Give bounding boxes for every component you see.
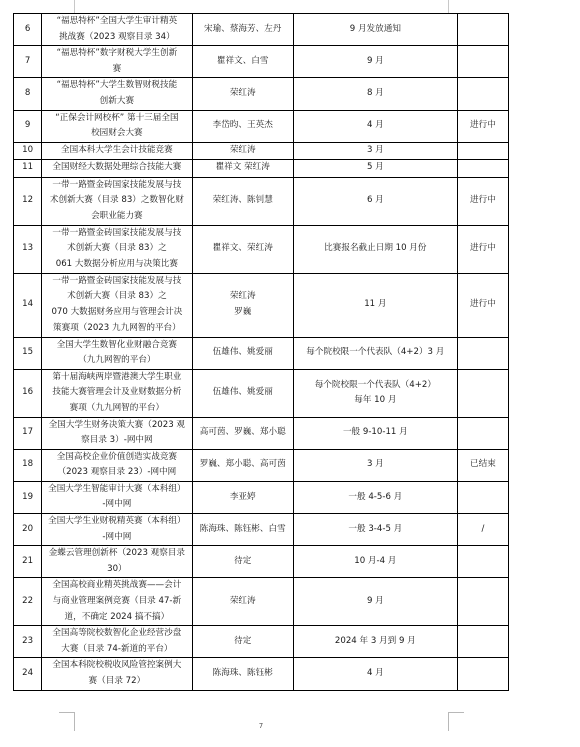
- status-cell: [457, 417, 508, 449]
- schedule-cell: 每个院校限一个代表队（4+2）每年 10 月: [293, 369, 457, 417]
- row-number-cell: 12: [14, 177, 42, 225]
- competition-name-cell-line: 全国本科院校税收风险管控案例大: [44, 658, 189, 674]
- table-row: 17全国大学生财务决策大赛（2023 观察目录 3）-网中网高可茵、罗巍、郑小聪…: [14, 417, 509, 449]
- table-row: 24全国本科院校税收风险管控案例大赛（目录 72）陈海珠、陈钰彬4 月: [14, 658, 509, 690]
- table-row: 10全国本科大学生会计技能竞赛荣红涛3 月: [14, 142, 509, 159]
- competition-name-cell: 全国大学生智能审计大赛（本科组）-网中网: [42, 481, 192, 513]
- responsible-people-cell-line: 待定: [195, 554, 291, 570]
- table-row: 21金蝶云管理创新杯（2023 观察目录30）待定10 月-4 月: [14, 546, 509, 578]
- responsible-people-cell-line: 待定: [195, 634, 291, 650]
- competition-name-cell-line: -网中网: [44, 497, 189, 513]
- competition-name-cell-line: 全国大学生智能审计大赛（本科组）: [44, 482, 189, 498]
- row-number-cell: 15: [14, 337, 42, 369]
- status-cell: [457, 14, 508, 46]
- competition-name-cell-line: 全国大学生业财税精英赛（本科组）: [44, 514, 189, 530]
- table-row: 12一带一路暨金砖国家技能发展与技术创新大赛（目录 83）之数智化财会职业能力赛…: [14, 177, 509, 225]
- status-cell: [457, 159, 508, 177]
- competition-name-cell-line: -网中网: [44, 530, 189, 546]
- responsible-people-cell: 陈海珠、陈钰彬、白雪: [192, 514, 293, 546]
- status-cell: [457, 78, 508, 110]
- responsible-people-cell: 李亚婷: [192, 481, 293, 513]
- schedule-cell-line: 每个院校限一个代表队（4+2）3 月: [296, 345, 455, 361]
- competition-name-cell-line: 一带一路暨金砖国家技能发展与技: [44, 226, 189, 242]
- schedule-cell-line: 每年 10 月: [296, 393, 455, 409]
- schedule-cell: 10 月-4 月: [293, 546, 457, 578]
- competition-name-cell-line: 赛: [44, 62, 189, 78]
- status-cell: [457, 46, 508, 78]
- competition-name-cell-line: 道，不确定 2024 搞不搞）: [44, 610, 189, 626]
- competition-name-cell: 一带一路暨金砖国家技能发展与技术创新大赛（目录 83）之数智化财会职业能力赛: [42, 177, 192, 225]
- schedule-cell-line: 9 月: [296, 594, 455, 610]
- row-number-cell: 11: [14, 159, 42, 177]
- competition-name-cell-line: 第十届海峡两岸暨港澳大学生职业: [44, 370, 189, 386]
- status-cell: [457, 481, 508, 513]
- responsible-people-cell-line: 伍雄伟、姚爱丽: [195, 345, 291, 361]
- responsible-people-cell-line: 陈海珠、陈钰彬: [195, 666, 291, 682]
- competition-name-cell-line: 赛项（九九网智的平台）: [44, 401, 189, 417]
- competition-name-cell: 第十届海峡两岸暨港澳大学生职业技能大赛管理会计及业财数据分析赛项（九九网智的平台…: [42, 369, 192, 417]
- responsible-people-cell-line: 荣红涛: [195, 594, 291, 610]
- status-cell: [457, 369, 508, 417]
- schedule-cell: 2024 年 3 月到 9 月: [293, 626, 457, 658]
- schedule-cell: 5 月: [293, 159, 457, 177]
- schedule-cell: 9 月: [293, 578, 457, 626]
- schedule-cell-line: 5 月: [296, 160, 455, 176]
- status-cell: [457, 626, 508, 658]
- responsible-people-cell-line: 陈海珠、陈钰彬、白雪: [195, 522, 291, 538]
- row-number-cell: 18: [14, 449, 42, 481]
- status-cell: 进行中: [457, 273, 508, 337]
- competition-name-cell: 金蝶云管理创新杯（2023 观察目录30）: [42, 546, 192, 578]
- competition-name-cell-line: 察目录 3）-网中网: [44, 433, 189, 449]
- competition-name-cell: 全国大学生数智化业财融合竞赛（九九网智的平台）: [42, 337, 192, 369]
- schedule-cell: 6 月: [293, 177, 457, 225]
- competition-table-body: 6“福思特杯”全国大学生审计精英挑战赛（2023 观察目录 34）宋瑜、蔡海芳、…: [14, 14, 509, 691]
- responsible-people-cell: 待定: [192, 626, 293, 658]
- competition-name-cell-line: 全国大学生数智化业财融合竞赛: [44, 338, 189, 354]
- schedule-cell: 3 月: [293, 449, 457, 481]
- competition-name-cell: 全国高校企业价值创造实战竞赛（2023 观察目录 23）-网中网: [42, 449, 192, 481]
- responsible-people-cell-line: 瞿祥文 荣红涛: [195, 160, 291, 176]
- schedule-cell-line: 3 月: [296, 457, 455, 473]
- competition-name-cell: “福思特杯”全国大学生审计精英挑战赛（2023 观察目录 34）: [42, 14, 192, 46]
- responsible-people-cell: 瞿祥文、荣红涛: [192, 225, 293, 273]
- schedule-cell-line: 9 月: [296, 54, 455, 70]
- competition-name-cell-line: “福思特杯”大学生数智财税技能: [44, 78, 189, 94]
- competition-name-cell: 全国高校商业精英挑战赛——会计与商业管理案例竞赛（目录 47-新道，不确定 20…: [42, 578, 192, 626]
- competition-name-cell-line: 全国高校商业精英挑战赛——会计: [44, 578, 189, 594]
- row-number-cell: 19: [14, 481, 42, 513]
- responsible-people-cell-line: 瞿祥文、荣红涛: [195, 241, 291, 257]
- table-row: 8“福思特杯”大学生数智财税技能创新大赛荣红涛8 月: [14, 78, 509, 110]
- responsible-people-cell: 荣红涛: [192, 78, 293, 110]
- competition-name-cell-line: 一带一路暨金砖国家技能发展与技: [44, 178, 189, 194]
- table-row: 11全国财经大数据处理综合技能大赛瞿祥文 荣红涛5 月: [14, 159, 509, 177]
- table-row: 14一带一路暨金砖国家技能发展与技术创新大赛（目录 83）之070 大数据财务应…: [14, 273, 509, 337]
- competition-name-cell-line: 策赛项（2023 九九网智的平台）: [44, 321, 189, 337]
- table-row: 7“福思特杯”数字财税大学生创新赛瞿祥文、白雪9 月: [14, 46, 509, 78]
- row-number-cell: 13: [14, 225, 42, 273]
- responsible-people-cell: 李岱昀、王英杰: [192, 110, 293, 142]
- schedule-cell-line: 3 月: [296, 143, 455, 159]
- responsible-people-cell: 瞿祥文、白雪: [192, 46, 293, 78]
- schedule-cell-line: 每个院校限一个代表队（4+2）: [296, 378, 455, 394]
- table-row: 15全国大学生数智化业财融合竞赛（九九网智的平台）伍雄伟、姚爱丽每个院校限一个代…: [14, 337, 509, 369]
- table-row: 23全国高等院校数智化企业经营沙盘大赛（目录 74-新道的平台）待定2024 年…: [14, 626, 509, 658]
- responsible-people-cell-line: 罗巍、郑小聪、高可茵: [195, 457, 291, 473]
- table-row: 9“正保会计网校杯” 第十三届全国校园财会大赛李岱昀、王英杰4 月进行中: [14, 110, 509, 142]
- table-row: 16第十届海峡两岸暨港澳大学生职业技能大赛管理会计及业财数据分析赛项（九九网智的…: [14, 369, 509, 417]
- competition-name-cell-line: 与商业管理案例竞赛（目录 47-新: [44, 594, 189, 610]
- responsible-people-cell-line: 瞿祥文、白雪: [195, 54, 291, 70]
- schedule-cell: 4 月: [293, 658, 457, 690]
- schedule-cell-line: 一般 4-5-6 月: [296, 490, 455, 506]
- competition-name-cell: “福思特杯”数字财税大学生创新赛: [42, 46, 192, 78]
- responsible-people-cell-line: 宋瑜、蔡海芳、左丹: [195, 22, 291, 38]
- responsible-people-cell-line: 高可茵、罗巍、郑小聪: [195, 425, 291, 441]
- competition-name-cell-line: “福思特杯”数字财税大学生创新: [44, 46, 189, 62]
- status-cell: 进行中: [457, 110, 508, 142]
- responsible-people-cell: 高可茵、罗巍、郑小聪: [192, 417, 293, 449]
- competition-name-cell: “福思特杯”大学生数智财税技能创新大赛: [42, 78, 192, 110]
- row-number-cell: 17: [14, 417, 42, 449]
- status-cell: [457, 546, 508, 578]
- margin-guide-right-top: [448, 0, 449, 13]
- schedule-cell-line: 10 月-4 月: [296, 554, 455, 570]
- row-number-cell: 23: [14, 626, 42, 658]
- competition-name-cell: “正保会计网校杯” 第十三届全国校园财会大赛: [42, 110, 192, 142]
- competition-name-cell: 全国高等院校数智化企业经营沙盘大赛（目录 74-新道的平台）: [42, 626, 192, 658]
- page-corner-mark-right: [448, 712, 464, 731]
- competition-name-cell-line: 大赛（目录 74-新道的平台）: [44, 642, 189, 658]
- competition-name-cell: 一带一路暨金砖国家技能发展与技术创新大赛（目录 83）之070 大数据财务应用与…: [42, 273, 192, 337]
- competition-name-cell-line: 全国本科大学生会计技能竞赛: [44, 143, 189, 159]
- responsible-people-cell: 荣红涛罗巍: [192, 273, 293, 337]
- row-number-cell: 8: [14, 78, 42, 110]
- competition-name-cell-line: 术创新大赛（目录 83）之: [44, 289, 189, 305]
- competition-name-cell-line: 会职业能力赛: [44, 209, 189, 225]
- schedule-cell-line: 4 月: [296, 666, 455, 682]
- responsible-people-cell: 陈海珠、陈钰彬: [192, 658, 293, 690]
- status-cell: [457, 658, 508, 690]
- schedule-cell: 每个院校限一个代表队（4+2）3 月: [293, 337, 457, 369]
- responsible-people-cell: 荣红涛: [192, 578, 293, 626]
- status-cell: 已结束: [457, 449, 508, 481]
- schedule-cell-line: 比赛报名截止日期 10 月份: [296, 241, 455, 257]
- competition-name-cell-line: 赛（目录 72）: [44, 674, 189, 690]
- competition-name-cell: 全国本科院校税收风险管控案例大赛（目录 72）: [42, 658, 192, 690]
- table-row: 13一带一路暨金砖国家技能发展与技术创新大赛（目录 83）之061 大数据分析应…: [14, 225, 509, 273]
- competition-name-cell-line: “福思特杯”全国大学生审计精英: [44, 14, 189, 30]
- competition-name-cell-line: 创新大赛: [44, 94, 189, 110]
- table-row: 20全国大学生业财税精英赛（本科组）-网中网陈海珠、陈钰彬、白雪一般 3-4-5…: [14, 514, 509, 546]
- table-row: 19全国大学生智能审计大赛（本科组）-网中网李亚婷一般 4-5-6 月: [14, 481, 509, 513]
- competition-table: 6“福思特杯”全国大学生审计精英挑战赛（2023 观察目录 34）宋瑜、蔡海芳、…: [13, 13, 509, 691]
- responsible-people-cell: 罗巍、郑小聪、高可茵: [192, 449, 293, 481]
- schedule-cell-line: 6 月: [296, 193, 455, 209]
- responsible-people-cell-line: 荣红涛: [195, 289, 291, 305]
- responsible-people-cell: 荣红涛、陈钊慧: [192, 177, 293, 225]
- competition-name-cell-line: 30）: [44, 562, 189, 578]
- row-number-cell: 9: [14, 110, 42, 142]
- competition-name-cell-line: 挑战赛（2023 观察目录 34）: [44, 30, 189, 46]
- status-cell: [457, 142, 508, 159]
- responsible-people-cell-line: 伍雄伟、姚爱丽: [195, 385, 291, 401]
- table-row: 22全国高校商业精英挑战赛——会计与商业管理案例竞赛（目录 47-新道，不确定 …: [14, 578, 509, 626]
- schedule-cell: 11 月: [293, 273, 457, 337]
- schedule-cell-line: 一般 9-10-11 月: [296, 425, 455, 441]
- responsible-people-cell-line: 李亚婷: [195, 490, 291, 506]
- status-cell: /: [457, 514, 508, 546]
- schedule-cell: 比赛报名截止日期 10 月份: [293, 225, 457, 273]
- schedule-cell: 一般 9-10-11 月: [293, 417, 457, 449]
- schedule-cell: 9 月发放通知: [293, 14, 457, 46]
- competition-name-cell: 全国本科大学生会计技能竞赛: [42, 142, 192, 159]
- competition-name-cell-line: “正保会计网校杯” 第十三届全国: [44, 111, 189, 127]
- status-cell: 进行中: [457, 177, 508, 225]
- row-number-cell: 24: [14, 658, 42, 690]
- responsible-people-cell: 待定: [192, 546, 293, 578]
- competition-name-cell-line: 全国高等院校数智化企业经营沙盘: [44, 626, 189, 642]
- schedule-cell-line: 8 月: [296, 86, 455, 102]
- responsible-people-cell-line: 荣红涛、陈钊慧: [195, 193, 291, 209]
- schedule-cell: 3 月: [293, 142, 457, 159]
- responsible-people-cell-line: 荣红涛: [195, 143, 291, 159]
- schedule-cell: 9 月: [293, 46, 457, 78]
- competition-name-cell-line: （九九网智的平台）: [44, 353, 189, 369]
- page-corner-mark-left: [59, 712, 75, 731]
- status-cell: [457, 337, 508, 369]
- competition-name-cell-line: 技能大赛管理会计及业财数据分析: [44, 385, 189, 401]
- competition-name-cell-line: 术创新大赛（目录 83）之: [44, 241, 189, 257]
- schedule-cell-line: 11 月: [296, 297, 455, 313]
- schedule-cell: 一般 4-5-6 月: [293, 481, 457, 513]
- schedule-cell-line: 一般 3-4-5 月: [296, 522, 455, 538]
- table-row: 18全国高校企业价值创造实战竞赛（2023 观察目录 23）-网中网罗巍、郑小聪…: [14, 449, 509, 481]
- row-number-cell: 20: [14, 514, 42, 546]
- responsible-people-cell: 伍雄伟、姚爱丽: [192, 337, 293, 369]
- competition-name-cell-line: 全国大学生财务决策大赛（2023 观: [44, 418, 189, 434]
- responsible-people-cell: 伍雄伟、姚爱丽: [192, 369, 293, 417]
- responsible-people-cell: 宋瑜、蔡海芳、左丹: [192, 14, 293, 46]
- competition-name-cell-line: 全国财经大数据处理综合技能大赛: [44, 160, 189, 176]
- row-number-cell: 10: [14, 142, 42, 159]
- competition-name-cell-line: 070 大数据财务应用与管理会计决: [44, 305, 189, 321]
- schedule-cell-line: 9 月发放通知: [296, 22, 455, 38]
- responsible-people-cell: 瞿祥文 荣红涛: [192, 159, 293, 177]
- table-row: 6“福思特杯”全国大学生审计精英挑战赛（2023 观察目录 34）宋瑜、蔡海芳、…: [14, 14, 509, 46]
- row-number-cell: 22: [14, 578, 42, 626]
- row-number-cell: 21: [14, 546, 42, 578]
- competition-name-cell-line: 校园财会大赛: [44, 126, 189, 142]
- schedule-cell-line: 4 月: [296, 118, 455, 134]
- row-number-cell: 16: [14, 369, 42, 417]
- competition-name-cell-line: （2023 观察目录 23）-网中网: [44, 465, 189, 481]
- responsible-people-cell-line: 李岱昀、王英杰: [195, 118, 291, 134]
- schedule-cell-line: 2024 年 3 月到 9 月: [296, 634, 455, 650]
- competition-name-cell-line: 全国高校企业价值创造实战竞赛: [44, 450, 189, 466]
- page-number: 7: [255, 722, 267, 730]
- schedule-cell: 一般 3-4-5 月: [293, 514, 457, 546]
- responsible-people-cell-line: 荣红涛: [195, 86, 291, 102]
- competition-name-cell: 全国财经大数据处理综合技能大赛: [42, 159, 192, 177]
- schedule-cell: 4 月: [293, 110, 457, 142]
- status-cell: [457, 578, 508, 626]
- responsible-people-cell-line: 罗巍: [195, 305, 291, 321]
- competition-name-cell-line: 金蝶云管理创新杯（2023 观察目录: [44, 546, 189, 562]
- competition-name-cell-line: 061 大数据分析应用与决策比赛: [44, 257, 189, 273]
- schedule-cell: 8 月: [293, 78, 457, 110]
- competition-name-cell: 全国大学生财务决策大赛（2023 观察目录 3）-网中网: [42, 417, 192, 449]
- competition-name-cell: 一带一路暨金砖国家技能发展与技术创新大赛（目录 83）之061 大数据分析应用与…: [42, 225, 192, 273]
- row-number-cell: 6: [14, 14, 42, 46]
- competition-name-cell-line: 一带一路暨金砖国家技能发展与技: [44, 274, 189, 290]
- margin-guide-left-top: [74, 0, 75, 13]
- competition-name-cell-line: 术创新大赛（目录 83）之数智化财: [44, 193, 189, 209]
- row-number-cell: 14: [14, 273, 42, 337]
- competition-name-cell: 全国大学生业财税精英赛（本科组）-网中网: [42, 514, 192, 546]
- row-number-cell: 7: [14, 46, 42, 78]
- responsible-people-cell: 荣红涛: [192, 142, 293, 159]
- status-cell: 进行中: [457, 225, 508, 273]
